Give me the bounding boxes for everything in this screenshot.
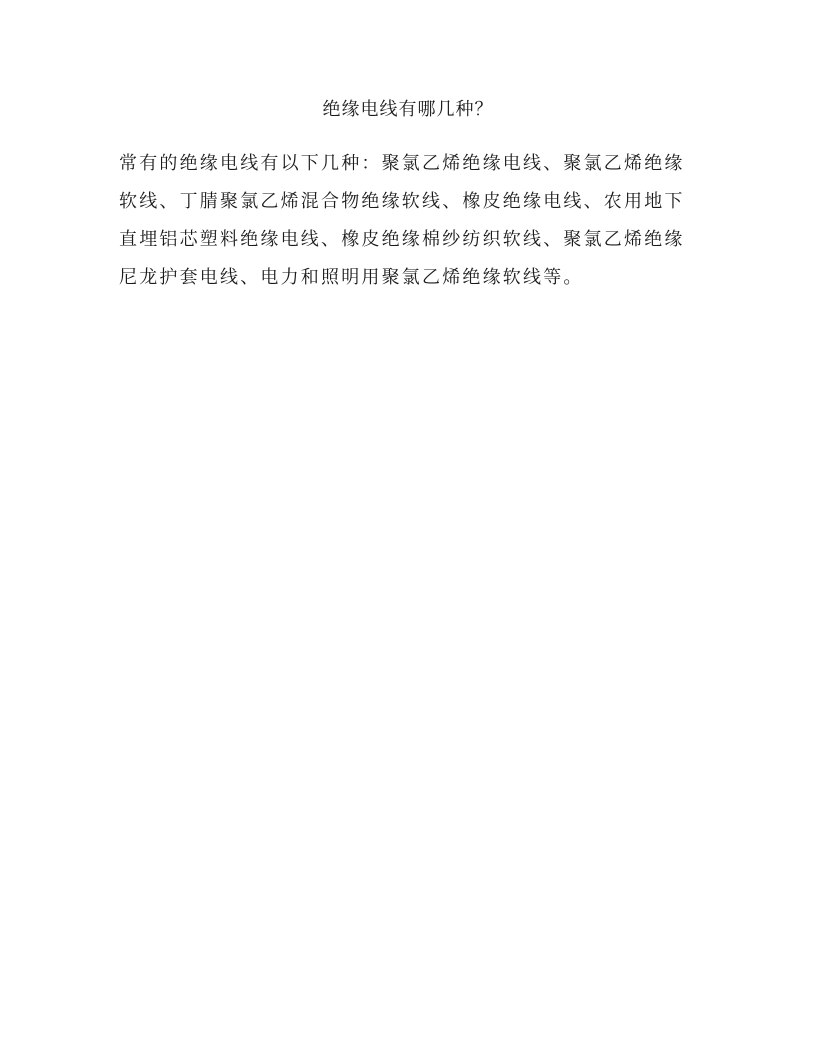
- body-paragraph: 常有的绝缘电线有以下几种：聚氯乙烯绝缘电线、聚氯乙烯绝缘 软线、丁腈聚氯乙烯混合…: [119, 145, 699, 297]
- paragraph-line: 常有的绝缘电线有以下几种：聚氯乙烯绝缘电线、聚氯乙烯绝缘: [119, 145, 699, 183]
- document-page: 绝缘电线有哪几种？ 常有的绝缘电线有以下几种：聚氯乙烯绝缘电线、聚氯乙烯绝缘 软…: [0, 0, 816, 1056]
- paragraph-line: 软线、丁腈聚氯乙烯混合物绝缘软线、橡皮绝缘电线、农用地下: [119, 183, 699, 221]
- page-title: 绝缘电线有哪几种？: [0, 96, 816, 124]
- paragraph-line: 尼龙护套电线、电力和照明用聚氯乙烯绝缘软线等。: [119, 259, 699, 297]
- paragraph-line: 直埋铝芯塑料绝缘电线、橡皮绝缘棉纱纺织软线、聚氯乙烯绝缘: [119, 221, 699, 259]
